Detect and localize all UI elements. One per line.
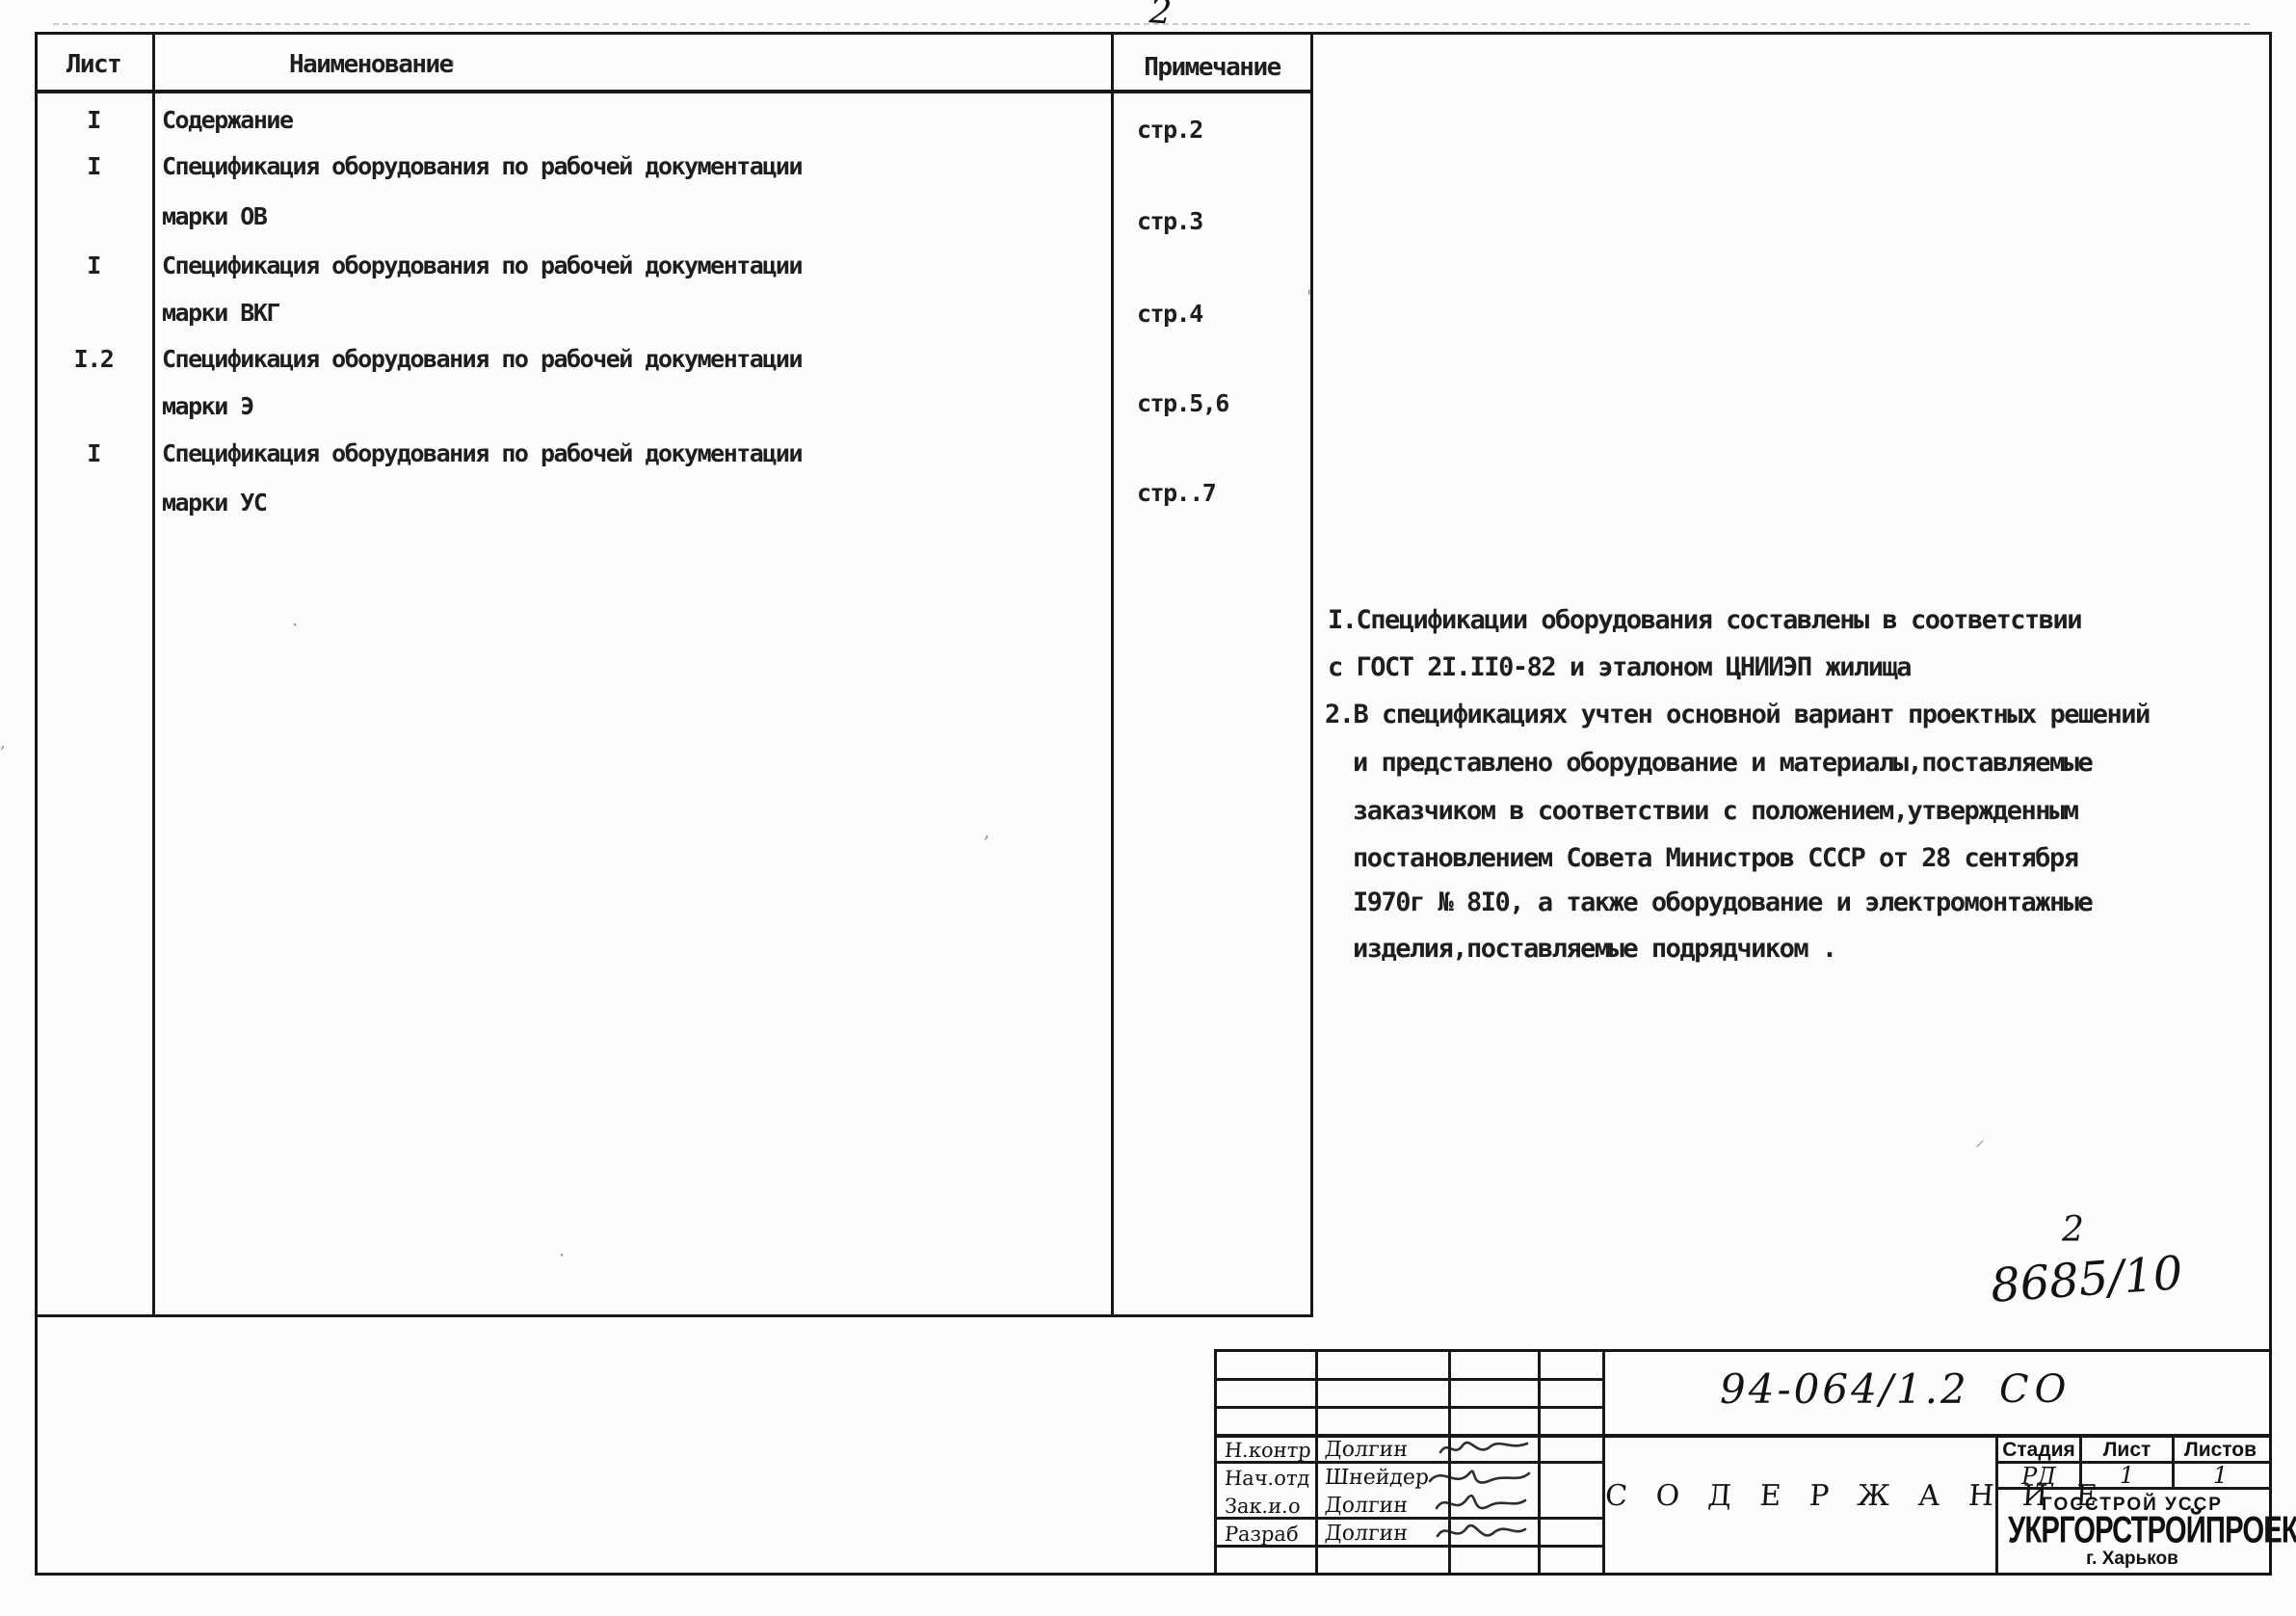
- col-header-name: Наименование: [289, 50, 453, 79]
- stage-value: РД: [1995, 1463, 2082, 1490]
- sign-role: Н.контр: [1224, 1439, 1312, 1462]
- sign-name: Долгин: [1324, 1522, 1409, 1546]
- note-line: I970г № 8I0, а также оборудование и элек…: [1353, 887, 2092, 917]
- row-sheet: I: [35, 106, 152, 134]
- row-sheet: I: [35, 152, 152, 180]
- scan-artifact: ·: [292, 613, 298, 636]
- page-number-top: 2: [1148, 0, 1174, 33]
- title-block-line: [1217, 1406, 1605, 1409]
- scan-artifact: ': [450, 56, 456, 79]
- title-block: 94-064/1.2 СО Н.контр Долгин Нач.отд Шне…: [1214, 1349, 2272, 1576]
- row-name: Спецификация оборудования по рабочей док…: [162, 152, 802, 180]
- table-line: [1111, 32, 1114, 1317]
- row-name: Спецификация оборудования по рабочей док…: [162, 252, 802, 279]
- doc-number: 94-064/1.2: [1720, 1365, 1969, 1413]
- signature: [1435, 1519, 1531, 1546]
- sign-role: Нач.отд: [1224, 1467, 1310, 1490]
- row-note: стр.3: [1137, 207, 1202, 235]
- row-name: Спецификация оборудования по рабочей док…: [162, 439, 802, 467]
- sheet-value: 1: [2082, 1462, 2172, 1489]
- document-title: С О Д Е Р Ж А Н И Е: [1604, 1479, 1996, 1513]
- row-sheet: I.2: [35, 345, 152, 373]
- signature: [1433, 1491, 1529, 1518]
- sign-name: Долгин: [1324, 1494, 1409, 1518]
- col-header-note: Примечание: [1111, 53, 1313, 82]
- note-line: заказчиком в соответствии с положением,у…: [1353, 796, 2078, 826]
- sign-name: Долгин: [1324, 1438, 1409, 1462]
- sheets-value: 1: [2172, 1462, 2269, 1489]
- sheets-label: Листов: [2172, 1439, 2269, 1462]
- note-line: постановлением Совета Министров СССР от …: [1353, 843, 2078, 873]
- note-line: 2.В спецификациях учтен основной вариант…: [1325, 700, 2150, 729]
- org-city: г. Харьков: [1995, 1549, 2269, 1570]
- row-name: Спецификация оборудования по рабочей док…: [162, 345, 802, 373]
- job-number-sup: 2: [2062, 1210, 2084, 1250]
- org-name-stamp: УКРГОРСТРОЙПРОЕКТ: [2008, 1509, 2256, 1552]
- scan-artifact: ': [1306, 285, 1312, 308]
- note-line: изделия,поставляемые подрядчиком .: [1353, 934, 1836, 964]
- row-name: Содержание: [162, 106, 293, 134]
- sign-role: Зак.и.о: [1224, 1495, 1301, 1518]
- row-note: стр.5,6: [1137, 389, 1228, 417]
- table-line: [1310, 32, 1313, 1317]
- scan-smudge-line: [53, 23, 2250, 25]
- scan-artifact: ⸝: [1975, 1126, 1985, 1152]
- table-line: [35, 90, 1313, 93]
- stage-label: Стадия: [1995, 1439, 2082, 1462]
- sign-role: Разраб: [1224, 1523, 1299, 1546]
- table-line: [35, 1314, 1313, 1317]
- title-block-line: [1217, 1378, 1605, 1381]
- scan-artifact: ·: [559, 1243, 565, 1266]
- row-name: марки Э: [162, 392, 253, 420]
- row-name: марки УС: [162, 489, 266, 517]
- row-note: стр..7: [1137, 479, 1215, 507]
- signature: [1427, 1464, 1533, 1491]
- row-sheet: I: [35, 252, 152, 279]
- row-note: стр.4: [1137, 300, 1202, 328]
- note-line: I.Спецификации оборудования составлены в…: [1328, 605, 2081, 635]
- row-name: марки ОВ: [162, 202, 266, 230]
- note-line: с ГОСТ 2I.II0-82 и эталоном ЦНИИЭП жилищ…: [1328, 652, 1911, 682]
- scan-artifact: ,: [984, 819, 990, 842]
- col-header-sheet: Лист: [35, 50, 152, 79]
- signature: [1437, 1437, 1533, 1462]
- sheet-label: Лист: [2082, 1439, 2172, 1462]
- row-name: марки ВКГ: [162, 299, 279, 327]
- row-note: стр.2: [1137, 116, 1202, 144]
- table-line: [152, 32, 155, 1317]
- sign-name: Шнейдер: [1324, 1466, 1430, 1490]
- note-line: и представлено оборудование и материалы,…: [1353, 748, 2092, 778]
- row-sheet: I: [35, 439, 152, 467]
- scan-artifact: ,: [0, 732, 6, 753]
- scanned-drawing-sheet: 2 Лист Наименование Примечание I Содержа…: [0, 0, 2296, 1616]
- doc-code: СО: [1999, 1367, 2072, 1412]
